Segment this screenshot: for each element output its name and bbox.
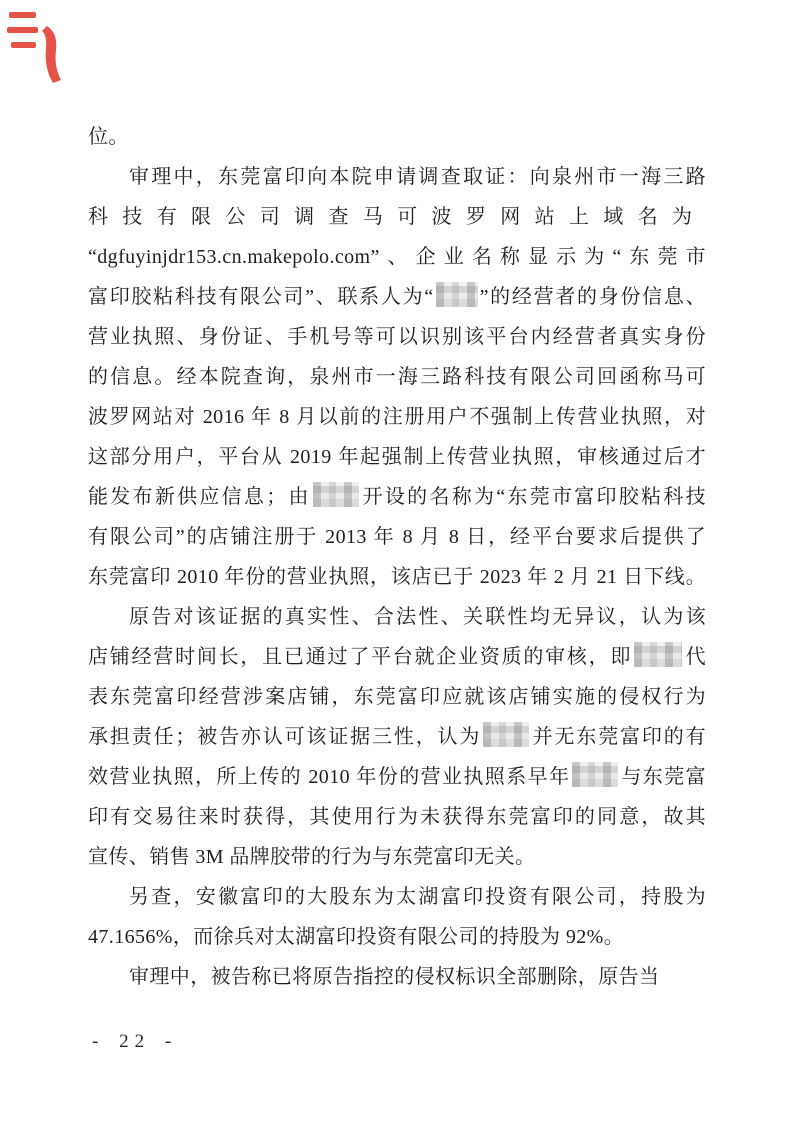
text-line: 的信息。经本院查询，泉州市一海三路科技有限公司回函称马可 [88, 357, 706, 397]
text-line: 科技有限公司调查马可波罗网站上域名为 [88, 197, 706, 237]
text-segment: 印有交易往来时获得，其使用行为未获得东莞富印的同意，故其 [88, 806, 706, 828]
text-line: 表东莞富印经营涉案店铺，东莞富印应就该店铺实施的侵权行为 [88, 677, 706, 717]
text-line: 有限公司”的店铺注册于 2013 年 8 月 8 日，经平台要求后提供了 [88, 517, 706, 557]
text-line: 审理中，东莞富印向本院申请调查取证：向泉州市一海三路 [88, 157, 706, 197]
text-segment: 代 [684, 646, 706, 668]
text-segment: 波罗网站对 2016 年 8 月以前的注册用户不强制上传营业执照，对 [88, 406, 706, 428]
text-line: 店铺经营时间长，且已通过了平台就企业资质的审核，即代 [88, 637, 706, 677]
text-line: 波罗网站对 2016 年 8 月以前的注册用户不强制上传营业执照，对 [88, 397, 706, 437]
text-segment: 开设的名称为“东莞市富印胶粘科技 [361, 486, 706, 508]
text-line: 印有交易往来时获得，其使用行为未获得东莞富印的同意，故其 [88, 797, 706, 837]
document-page: 位。审理中，东莞富印向本院申请调查取证：向泉州市一海三路科技有限公司调查马可波罗… [0, 0, 794, 1123]
text-segment: 东莞富印 2010 年份的营业执照，该店已于 2023 年 2 月 21 日下线… [88, 566, 706, 588]
redaction-mosaic [483, 722, 529, 747]
text-segment: ”的经营者的身份信息、 [480, 286, 706, 308]
text-segment: 的信息。经本院查询，泉州市一海三路科技有限公司回函称马可 [88, 366, 706, 388]
text-line: 富印胶粘科技有限公司”、联系人为“”的经营者的身份信息、 [88, 277, 706, 317]
text-segment: 并无东莞富印的有 [531, 726, 706, 748]
redaction-mosaic [634, 642, 682, 667]
text-line: 宣传、销售 3M 品牌胶带的行为与东莞富印无关。 [88, 837, 706, 877]
text-line: “dgfuyinjdr153.cn.makepolo.com”、企业名称显示为“… [88, 237, 706, 277]
text-line: 能发布新供应信息；由开设的名称为“东莞市富印胶粘科技 [88, 477, 706, 517]
text-line: 另查，安徽富印的大股东为太湖富印投资有限公司，持股为 [88, 877, 706, 917]
text-segment: 审理中，被告称已将原告指控的侵权标识全部删除，原告当 [129, 966, 659, 988]
text-segment: 47.1656%，而徐兵对太湖富印投资有限公司的持股为 92%。 [88, 926, 624, 948]
text-line: 审理中，被告称已将原告指控的侵权标识全部删除，原告当 [88, 957, 706, 997]
text-line: 这部分用户，平台从 2019 年起强制上传营业执照，审核通过后才 [88, 437, 706, 477]
text-segment: 审理中，东莞富印向本院申请调查取证：向泉州市一海三路 [129, 166, 706, 188]
text-segment: 效营业执照，所上传的 2010 年份的营业执照系早年 [88, 766, 570, 788]
text-segment: 店铺经营时间长，且已通过了平台就企业资质的审核，即 [88, 646, 632, 668]
text-line: 原告对该证据的真实性、合法性、关联性均无异议，认为该 [88, 597, 706, 637]
text-segment: 表东莞富印经营涉案店铺，东莞富印应就该店铺实施的侵权行为 [88, 686, 706, 708]
text-segment: 另查，安徽富印的大股东为太湖富印投资有限公司，持股为 [129, 886, 706, 908]
redaction-mosaic [572, 762, 618, 787]
text-segment: 有限公司”的店铺注册于 2013 年 8 月 8 日，经平台要求后提供了 [88, 526, 706, 548]
text-segment: “dgfuyinjdr153.cn.makepolo.com”、企业名称显示为“… [88, 246, 706, 268]
text-segment: 承担责任；被告亦认可该证据三性，认为 [88, 726, 481, 748]
red-stamp-icon [6, 6, 68, 84]
text-segment: 宣传、销售 3M 品牌胶带的行为与东莞富印无关。 [88, 846, 535, 868]
red-stamp-fragment [6, 6, 68, 84]
text-line: 承担责任；被告亦认可该证据三性，认为并无东莞富印的有 [88, 717, 706, 757]
text-segment: 营业执照、身份证、手机号等可以识别该平台内经营者真实身份 [88, 326, 706, 348]
text-segment: 位。 [88, 126, 129, 148]
text-segment: 这部分用户，平台从 2019 年起强制上传营业执照，审核通过后才 [88, 446, 706, 468]
text-segment: 科技有限公司调查马可波罗网站上域名为 [88, 206, 706, 228]
text-segment: 与东莞富 [620, 766, 706, 788]
text-body: 位。审理中，东莞富印向本院申请调查取证：向泉州市一海三路科技有限公司调查马可波罗… [88, 117, 706, 997]
redaction-mosaic [436, 282, 478, 307]
page-number: - 22 - [92, 1026, 177, 1058]
text-segment: 能发布新供应信息；由 [88, 486, 311, 508]
text-segment: 原告对该证据的真实性、合法性、关联性均无异议，认为该 [129, 606, 706, 628]
text-line: 营业执照、身份证、手机号等可以识别该平台内经营者真实身份 [88, 317, 706, 357]
text-line: 东莞富印 2010 年份的营业执照，该店已于 2023 年 2 月 21 日下线… [88, 557, 706, 597]
text-segment: 富印胶粘科技有限公司”、联系人为“ [88, 286, 434, 308]
text-line: 效营业执照，所上传的 2010 年份的营业执照系早年与东莞富 [88, 757, 706, 797]
text-line: 47.1656%，而徐兵对太湖富印投资有限公司的持股为 92%。 [88, 917, 706, 957]
text-line: 位。 [88, 117, 706, 157]
redaction-mosaic [313, 482, 359, 507]
